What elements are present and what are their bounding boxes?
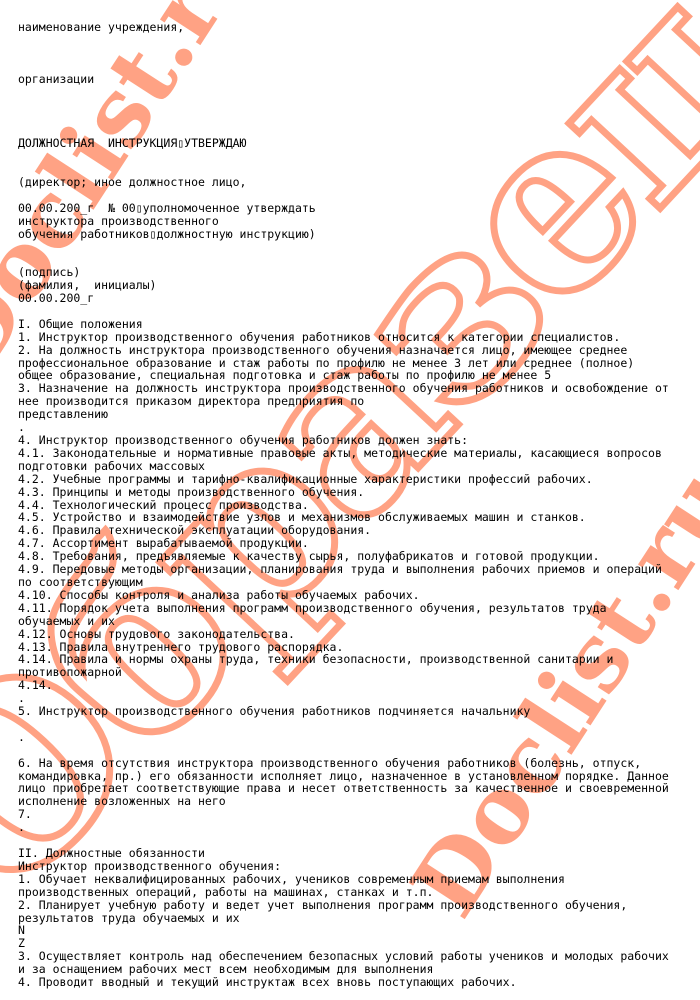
document-page: Образец Doclist.ru Doclist.ru наименован…: [0, 0, 700, 1000]
document-text: наименование учреждения, организации ДОЛ…: [18, 21, 669, 989]
